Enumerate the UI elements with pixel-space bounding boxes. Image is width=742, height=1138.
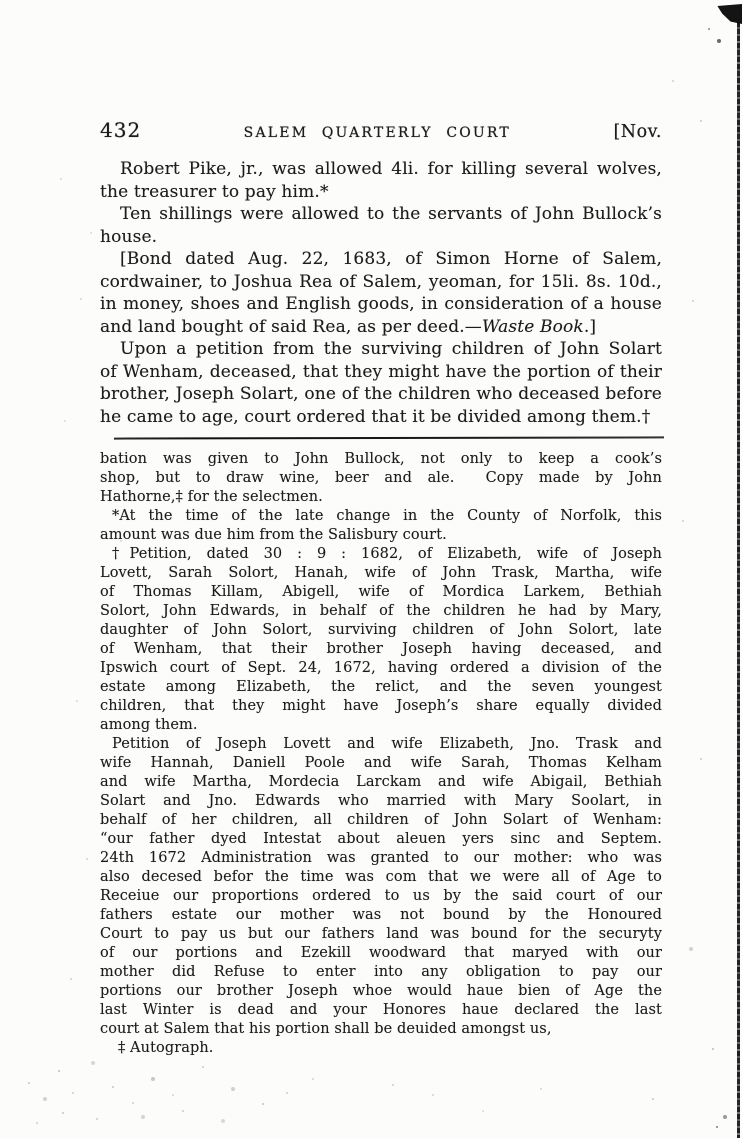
text-line: of Wenham, that their brother Joseph hav… [100,640,662,659]
text-line: among them. [100,716,662,735]
paragraph: ‡ Autograph. [100,1039,662,1058]
text-line: shop, but to draw wine, beer and ale. Co… [100,469,662,488]
text-line: Ten shillings were allowed to the servan… [100,203,662,226]
text-line: cordwainer, to Joshua Rea of Salem, yeom… [100,271,662,294]
text-line: he came to age, court ordered that it be… [100,406,662,429]
text-line: and land bought of said Rea, as per deed… [100,316,662,339]
text-line: portions our brother Joseph whoe would h… [100,982,662,1001]
paragraph: Petition of Joseph Lovett and wife Eliza… [100,735,662,1039]
text-line: of our portions and Ezekill woodward tha… [100,944,662,963]
paragraph: [Bond dated Aug. 22, 1683, of Simon Horn… [100,248,662,338]
footnote-separator-rule [114,436,664,439]
text-line: of Thomas Killam, Abigell, wife of Mordi… [100,583,662,602]
paragraph: †Petition, dated 30 : 9 : 1682, of Eliza… [100,545,662,735]
text-line: Court to pay us but our fathers land was… [100,925,662,944]
text-line: [Bond dated Aug. 22, 1683, of Simon Horn… [100,248,662,271]
text-line: Lovett, Sarah Solort, Hanah, wife of Joh… [100,564,662,583]
text-line: “our father dyed Intestat about aleuen y… [100,830,662,849]
text-line: bation was given to John Bullock, not on… [100,450,662,469]
text-line: Ipswich court of Sept. 24, 1672, having … [100,659,662,678]
page-number: 432 [100,118,141,142]
text-line: the treasurer to pay him.* [100,181,662,204]
text-line: behalf of her children, all children of … [100,811,662,830]
text-line: Solort, John Edwards, in behalf of the c… [100,602,662,621]
text-line: last Winter is dead and your Honores hau… [100,1001,662,1020]
text-line: ‡ Autograph. [100,1039,662,1058]
scanned-page: 432 SALEM QUARTERLY COURT [Nov. Robert P… [0,0,742,1138]
text-line: of Wenham, deceased, that they might hav… [100,361,662,384]
text-line: in money, shoes and English goods, in co… [100,293,662,316]
page-header: 432 SALEM QUARTERLY COURT [Nov. [100,118,662,144]
running-title: SALEM QUARTERLY COURT [141,125,613,141]
text-line: †Petition, dated 30 : 9 : 1682, of Eliza… [100,545,662,564]
text-line: wife Hannah, Daniell Poole and wife Sara… [100,754,662,773]
text-line: Upon a petition from the surviving child… [100,338,662,361]
text-line: children, that they might have Joseph’s … [100,697,662,716]
scan-artifact-gutter-line [737,22,740,1138]
paragraph: Robert Pike, jr., was allowed 4li. for k… [100,158,662,203]
text-line: *At the time of the late change in the C… [100,507,662,526]
text-line: fathers estate our mother was not bound … [100,906,662,925]
paragraph: bation was given to John Bullock, not on… [100,450,662,507]
main-text-block: Robert Pike, jr., was allowed 4li. for k… [100,158,662,428]
paragraph: *At the time of the late change in the C… [100,507,662,545]
text-line: amount was due him from the Salisbury co… [100,526,662,545]
date-label: [Nov. [613,122,662,142]
text-line: mother did Refuse to enter into any obli… [100,963,662,982]
text-line: and wife Martha, Mordecia Larckam and wi… [100,773,662,792]
text-line: also decesed befor the time was com that… [100,868,662,887]
text-line: daughter of John Solort, surviving child… [100,621,662,640]
footnotes-block: bation was given to John Bullock, not on… [100,450,662,1058]
scan-artifact-corner [712,4,742,24]
text-line: 24th 1672 Administration was granted to … [100,849,662,868]
text-line: Robert Pike, jr., was allowed 4li. for k… [100,158,662,181]
text-line: estate among Elizabeth, the relict, and … [100,678,662,697]
text-line: house. [100,226,662,249]
text-line: Receiue our proportions ordered to us by… [100,887,662,906]
text-line: court at Salem that his portion shall be… [100,1020,662,1039]
text-line: Petition of Joseph Lovett and wife Eliza… [100,735,662,754]
text-line: Solart and Jno. Edwards who married with… [100,792,662,811]
paragraph: Upon a petition from the surviving child… [100,338,662,428]
text-line: Hathorne,‡ for the selectmen. [100,488,662,507]
text-line: brother, Joseph Solart, one of the child… [100,383,662,406]
scan-noise-speckles [0,0,2,2]
paragraph: Ten shillings were allowed to the servan… [100,203,662,248]
